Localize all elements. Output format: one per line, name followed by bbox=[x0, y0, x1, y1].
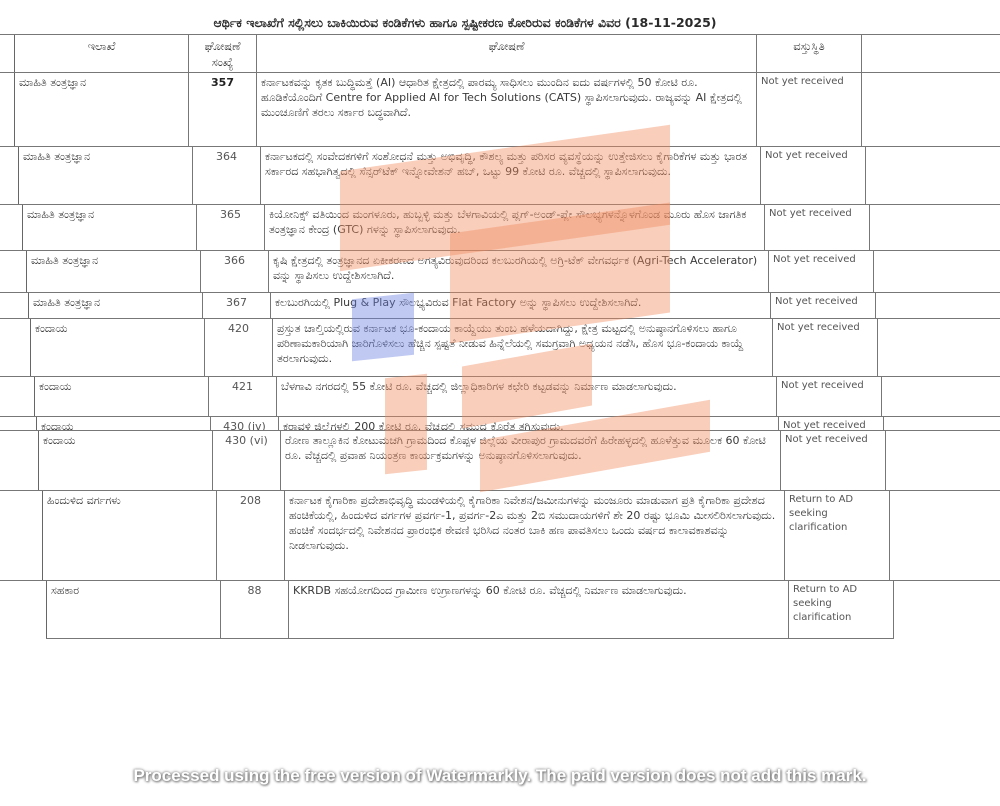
announcement-cell: ಕೃಷಿ ಕ್ಷೇತ್ರದಲ್ಲಿ ತಂತ್ರಜ್ಞಾನದ ಏಕೀಕರಣದ ಅಗ… bbox=[268, 251, 768, 293]
header-department: ಇಲಾಖೆ bbox=[14, 35, 188, 73]
status-cell: Not yet received bbox=[768, 251, 874, 293]
table-row: ಕಂದಾಯ420ಪ್ರಸ್ತುತ ಚಾಲ್ತಿಯಲ್ಲಿರುವ ಕರ್ನಾಟಕ … bbox=[0, 318, 1000, 377]
announcement-cell: ರೋಣ ತಾಲ್ಲೂಕಿನ ಕೋಟುಮಚಗಿ ಗ್ರಾಮದಿಂದ ಕೊಪ್ಪಳ … bbox=[280, 431, 780, 491]
announcement-number-cell: 357 bbox=[188, 73, 256, 147]
status-cell: Not yet received bbox=[772, 319, 878, 377]
status-cell: Return to AD seeking clarification bbox=[788, 581, 894, 639]
announcement-cell: ಕಿಯೋನಿಕ್ಸ್ ವತಿಯಿಂದ ಮಂಗಳೂರು, ಹುಬ್ಬಳ್ಳಿ ಮತ… bbox=[264, 205, 764, 251]
announcement-number-cell: 364 bbox=[192, 147, 260, 205]
table-bottom-border bbox=[46, 638, 894, 639]
status-cell: Not yet received bbox=[778, 417, 884, 431]
announcement-cell: ಕರ್ನಾಟಕದಲ್ಲಿ ಸಂವೇದಕಗಳಿಗೆ ಸಂಶೋಧನೆ ಮತ್ತು ಅ… bbox=[260, 147, 760, 205]
department-cell: ಕಂದಾಯ bbox=[30, 319, 204, 377]
header-status: ವಸ್ತುಸ್ಥಿತಿ bbox=[756, 35, 862, 73]
table-row: ಮಾಹಿತಿ ತಂತ್ರಜ್ಞಾನ364ಕರ್ನಾಟಕದಲ್ಲಿ ಸಂವೇದಕಗ… bbox=[0, 146, 1000, 205]
table-row: ಮಾಹಿತಿ ತಂತ್ರಜ್ಞಾನ367ಕಲಬುರಗಿಯಲ್ಲಿ Plug & … bbox=[0, 292, 1000, 319]
table-row: ಮಾಹಿತಿ ತಂತ್ರಜ್ಞಾನ365ಕಿಯೋನಿಕ್ಸ್ ವತಿಯಿಂದ ಮ… bbox=[0, 204, 1000, 251]
announcement-cell: ಬೆಳಗಾವಿ ನಗರದಲ್ಲಿ 55 ಕೋಟಿ ರೂ. ವೆಚ್ಚದಲ್ಲಿ … bbox=[276, 377, 776, 417]
announcement-cell: ಕರ್ನಾಟಕ ಕೈಗಾರಿಕಾ ಪ್ರದೇಶಾಭಿವೃದ್ಧಿ ಮಂಡಳಿಯಲ… bbox=[284, 491, 784, 581]
document-title: ಆರ್ಥಿಕ ಇಲಾಖೆಗೆ ಸಲ್ಲಿಸಲು ಬಾಕಿಯಿರುವ ಕಂಡಿಕೆ… bbox=[140, 15, 790, 31]
status-cell: Not yet received bbox=[776, 377, 882, 417]
status-cell: Return to AD seeking clarification bbox=[784, 491, 890, 581]
announcement-number-cell: 430 (vi) bbox=[212, 431, 280, 491]
table-row: ಮಾಹಿತಿ ತಂತ್ರಜ್ಞಾನ357ಕರ್ನಾಟಕವನ್ನು ಕೃತಕ ಬು… bbox=[0, 72, 1000, 147]
announcement-number-cell: 365 bbox=[196, 205, 264, 251]
department-cell: ಹಿಂದುಳಿದ ವರ್ಗಗಳು bbox=[42, 491, 216, 581]
table-header-row: ಇಲಾಖೆ ಘೋಷಣೆ ಸಂಖ್ಯೆ ಘೋಷಣೆ ವಸ್ತುಸ್ಥಿತಿ bbox=[0, 34, 1000, 73]
department-cell: ಕಂದಾಯ bbox=[34, 377, 208, 417]
status-cell: Not yet received bbox=[780, 431, 886, 491]
announcement-number-cell: 421 bbox=[208, 377, 276, 417]
department-cell: ಮಾಹಿತಿ ತಂತ್ರಜ್ಞಾನ bbox=[14, 73, 188, 147]
watermark-text: Processed using the free version of Wate… bbox=[0, 766, 1000, 786]
announcement-number-cell: 366 bbox=[200, 251, 268, 293]
table-row: ಕಂದಾಯ421ಬೆಳಗಾವಿ ನಗರದಲ್ಲಿ 55 ಕೋಟಿ ರೂ. ವೆಚ… bbox=[0, 376, 1000, 417]
status-cell: Not yet received bbox=[756, 73, 862, 147]
announcement-number-cell: 367 bbox=[202, 293, 270, 319]
header-announcement-number: ಘೋಷಣೆ ಸಂಖ್ಯೆ bbox=[188, 35, 256, 73]
department-cell: ಕಂದಾಯ bbox=[38, 431, 212, 491]
table-row: ಕಂದಾಯ430 (iv)ಕರಾವಳಿ ಜಿಲ್ಲೆಗಳಲ್ಲಿ 200 ಕೋಟ… bbox=[0, 416, 1000, 431]
header-announcement: ಘೋಷಣೆ bbox=[256, 35, 756, 73]
status-cell: Not yet received bbox=[770, 293, 876, 319]
status-cell: Not yet received bbox=[764, 205, 870, 251]
table-row: ಸಹಕಾರ88KKRDB ಸಹಯೋಗದಿಂದ ಗ್ರಾಮೀಣ ಉಗ್ರಾಣಗಳನ… bbox=[0, 580, 1000, 639]
department-cell: ಕಂದಾಯ bbox=[36, 417, 210, 431]
department-cell: ಮಾಹಿತಿ ತಂತ್ರಜ್ಞಾನ bbox=[26, 251, 200, 293]
table-row: ಮಾಹಿತಿ ತಂತ್ರಜ್ಞಾನ366ಕೃಷಿ ಕ್ಷೇತ್ರದಲ್ಲಿ ತಂ… bbox=[0, 250, 1000, 293]
scanned-document-page: ಆರ್ಥಿಕ ಇಲಾಖೆಗೆ ಸಲ್ಲಿಸಲು ಬಾಕಿಯಿರುವ ಕಂಡಿಕೆ… bbox=[0, 0, 1000, 806]
announcement-cell: ಕರಾವಳಿ ಜಿಲ್ಲೆಗಳಲ್ಲಿ 200 ಕೋಟಿ ರೂ. ವೆಚ್ಚದಲ… bbox=[278, 417, 778, 431]
announcement-cell: ಕರ್ನಾಟಕವನ್ನು ಕೃತಕ ಬುದ್ಧಿಮತ್ತೆ (AI) ಆಧಾರಿ… bbox=[256, 73, 756, 147]
department-cell: ಮಾಹಿತಿ ತಂತ್ರಜ್ಞಾನ bbox=[22, 205, 196, 251]
announcement-cell: ಪ್ರಸ್ತುತ ಚಾಲ್ತಿಯಲ್ಲಿರುವ ಕರ್ನಾಟಕ ಭೂ-ಕಂದಾಯ… bbox=[272, 319, 772, 377]
announcement-cell: KKRDB ಸಹಯೋಗದಿಂದ ಗ್ರಾಮೀಣ ಉಗ್ರಾಣಗಳನ್ನು 60 … bbox=[288, 581, 788, 639]
announcement-number-cell: 88 bbox=[220, 581, 288, 639]
announcement-cell: ಕಲಬುರಗಿಯಲ್ಲಿ Plug & Play ಸೌಲಭ್ಯವಿರುವ Fla… bbox=[270, 293, 770, 319]
announcement-number-cell: 430 (iv) bbox=[210, 417, 278, 431]
announcement-number-cell: 208 bbox=[216, 491, 284, 581]
announcement-number-cell: 420 bbox=[204, 319, 272, 377]
table-row: ಕಂದಾಯ430 (vi)ರೋಣ ತಾಲ್ಲೂಕಿನ ಕೋಟುಮಚಗಿ ಗ್ರಾ… bbox=[0, 430, 1000, 491]
table-row: ಹಿಂದುಳಿದ ವರ್ಗಗಳು208ಕರ್ನಾಟಕ ಕೈಗಾರಿಕಾ ಪ್ರದ… bbox=[0, 490, 1000, 581]
status-cell: Not yet received bbox=[760, 147, 866, 205]
department-cell: ಮಾಹಿತಿ ತಂತ್ರಜ್ಞಾನ bbox=[28, 293, 202, 319]
department-cell: ಮಾಹಿತಿ ತಂತ್ರಜ್ಞಾನ bbox=[18, 147, 192, 205]
department-cell: ಸಹಕಾರ bbox=[46, 581, 220, 639]
